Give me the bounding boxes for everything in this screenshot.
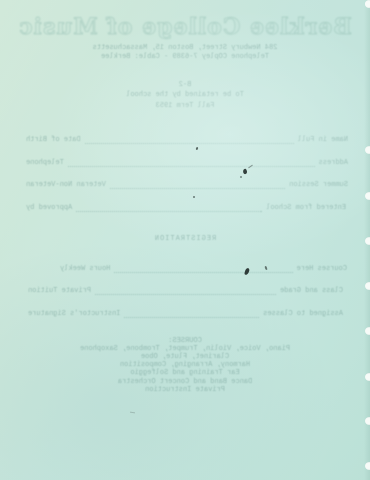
bleed-footer-line: Ear Training and Solfeggio — [0, 370, 370, 377]
binder-notch — [365, 146, 370, 154]
binder-notch — [365, 327, 370, 335]
form-row-label: Courses Here — [297, 266, 347, 273]
form-row-label: Class and Grade — [280, 288, 343, 295]
form-row: Summer Session Veteran Non-Veteran — [26, 180, 348, 189]
binder-notch — [365, 237, 370, 245]
form-row: Address Telephone — [26, 158, 348, 167]
bleed-footer-line: Piano, Voice, Violin, Trumpet, Trombone,… — [0, 346, 370, 353]
form-row: Entered from School Approved by — [26, 203, 346, 212]
scanned-page: Berklee College of Music 284 Newbury Str… — [0, 0, 370, 480]
binder-notch — [365, 462, 370, 470]
form-row-label: Date of Birth — [26, 137, 81, 144]
form-row-label: Assigned to Classes — [263, 311, 343, 318]
form-row-label: Address — [319, 160, 348, 167]
form-row: Name in Full Date of Birth — [26, 135, 348, 144]
form-row-label: Approved by — [26, 205, 72, 212]
form-row-label: Instructor's Signature — [28, 311, 120, 318]
form-row-label: Name in Full — [298, 137, 348, 144]
form-row: Class and Grade Private Tuition — [28, 286, 343, 295]
bleed-footer-line: Harmony, Arranging, Composition — [0, 362, 370, 369]
ink-speck — [193, 196, 195, 198]
bleed-logo-text: Berklee College of Music — [0, 16, 370, 38]
bleed-footer-line: Private Instruction — [0, 387, 370, 394]
form-row-label: Hours Weekly — [60, 266, 110, 273]
form-row-label: Veteran Non-Veteran — [26, 182, 106, 189]
form-row-label: Telephone — [26, 160, 64, 167]
bleed-footer-heading: COURSES: — [0, 338, 370, 345]
bleed-address-line-1: 284 Newbury Street, Boston 15, Massachus… — [0, 45, 370, 52]
bleed-section-heading: REGISTRATION — [0, 236, 370, 243]
form-row: Courses Here Hours Weekly — [60, 264, 347, 273]
bleed-form-number: B-2 — [0, 82, 370, 89]
ink-speck — [240, 176, 242, 178]
bleed-footer-line: Dance Band and Concert Orchestra — [0, 379, 370, 386]
binder-notch — [365, 192, 370, 200]
dotted-leader — [76, 209, 262, 212]
bleed-footer-line: Clarinet, Flute, Oboe — [0, 354, 370, 361]
form-row-label: Private Tuition — [28, 288, 91, 295]
form-row-label: Summer Session — [289, 182, 348, 189]
bleed-center-line-3: Fall Term 1953 — [0, 103, 370, 110]
dotted-leader — [85, 141, 294, 144]
binder-notch — [365, 0, 370, 8]
dotted-leader — [124, 315, 259, 318]
dotted-leader — [114, 270, 292, 273]
dotted-leader — [110, 186, 285, 189]
binder-notch — [365, 282, 370, 290]
bleed-address-line-2: Telephone COpley 7-6389 - Cable: Berklee — [0, 54, 370, 61]
bleed-center-line-2: To be retained by the school — [0, 92, 370, 99]
dotted-leader — [68, 164, 315, 167]
bleed-through-layer: Berklee College of Music 284 Newbury Str… — [0, 0, 370, 480]
form-row: Assigned to Classes Instructor's Signatu… — [28, 309, 343, 318]
binder-notch — [365, 417, 370, 425]
form-row-label: Entered from School — [266, 205, 346, 212]
dotted-leader — [95, 292, 276, 295]
binder-notch — [365, 373, 370, 381]
